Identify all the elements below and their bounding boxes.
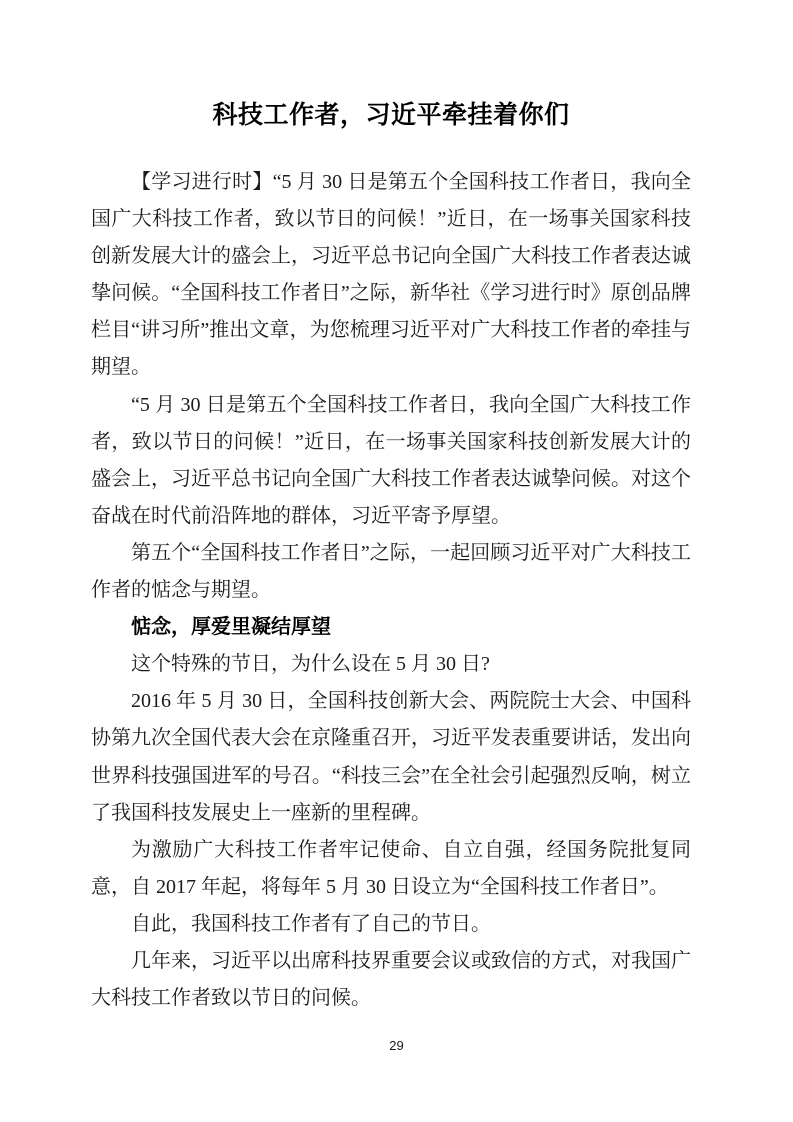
page-number: 29 xyxy=(0,1038,793,1053)
paragraph: 为激励广大科技工作者牢记使命、自立自强，经国务院批复同意，自 2017 年起，将… xyxy=(91,832,691,906)
document-page: 科技工作者，习近平牵挂着你们 【学习进行时】“5 月 30 日是第五个全国科技工… xyxy=(0,0,793,1122)
document-content: 科技工作者，习近平牵挂着你们 【学习进行时】“5 月 30 日是第五个全国科技工… xyxy=(91,96,691,1017)
paragraph: “5 月 30 日是第五个全国科技工作者日，我向全国广大科技工作者，致以节日的问… xyxy=(91,387,691,535)
paragraph: 第五个“全国科技工作者日”之际，一起回顾习近平对广大科技工作者的惦念与期望。 xyxy=(91,535,691,609)
paragraph: 这个特殊的节日，为什么设在 5 月 30 日? xyxy=(91,646,691,683)
paragraph: 2016 年 5 月 30 日，全国科技创新大会、两院院士大会、中国科协第九次全… xyxy=(91,683,691,831)
section-heading: 惦念，厚爱里凝结厚望 xyxy=(91,609,691,646)
paragraph: 自此，我国科技工作者有了自己的节日。 xyxy=(91,906,691,943)
paragraph-intro: 【学习进行时】“5 月 30 日是第五个全国科技工作者日，我向全国广大科技工作者… xyxy=(91,164,691,387)
paragraph: 几年来，习近平以出席科技界重要会议或致信的方式，对我国广大科技工作者致以节日的问… xyxy=(91,943,691,1017)
document-title: 科技工作者，习近平牵挂着你们 xyxy=(91,96,691,136)
